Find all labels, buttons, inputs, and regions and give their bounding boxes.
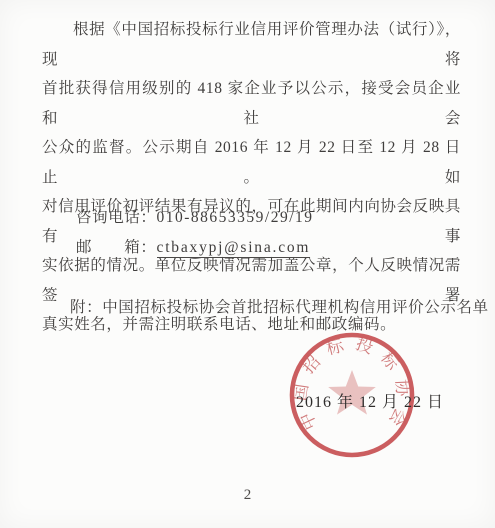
phone-label: 咨询电话： [76, 209, 157, 226]
email-line: 邮 箱：ctbaxypj@sina.com [76, 233, 310, 263]
email-label: 邮 箱： [76, 239, 157, 256]
page-number: 2 [0, 487, 495, 503]
document-date: 2016 年 12 月 22 日 [296, 389, 444, 412]
paragraph-line: 首批获得信用级别的 418 家企业予以公示，接受会员企业和社会 [42, 74, 461, 133]
attachment-line: 附：中国招标投标协会首批招标代理机构信用评价公示名单 [70, 293, 489, 323]
paragraph-line: 根据《中国招标投标行业信用评价管理办法（试行）》，现将 [42, 15, 461, 74]
notice-paragraph: 根据《中国招标投标行业信用评价管理办法（试行）》，现将 首批获得信用级别的 41… [42, 15, 461, 340]
document-page: 根据《中国招标投标行业信用评价管理办法（试行）》，现将 首批获得信用级别的 41… [0, 0, 495, 528]
phone-value: 010-88653359/29/19 [157, 209, 314, 226]
email-value: ctbaxypj@sina.com [157, 239, 311, 258]
seal-text: 中国招标投标协会 [291, 333, 413, 437]
paragraph-line: 公众的监督。公示期自 2016 年 12 月 22 日至 12 月 28 日止。… [42, 133, 461, 192]
phone-line: 咨询电话：010-88653359/29/19 [76, 203, 314, 233]
